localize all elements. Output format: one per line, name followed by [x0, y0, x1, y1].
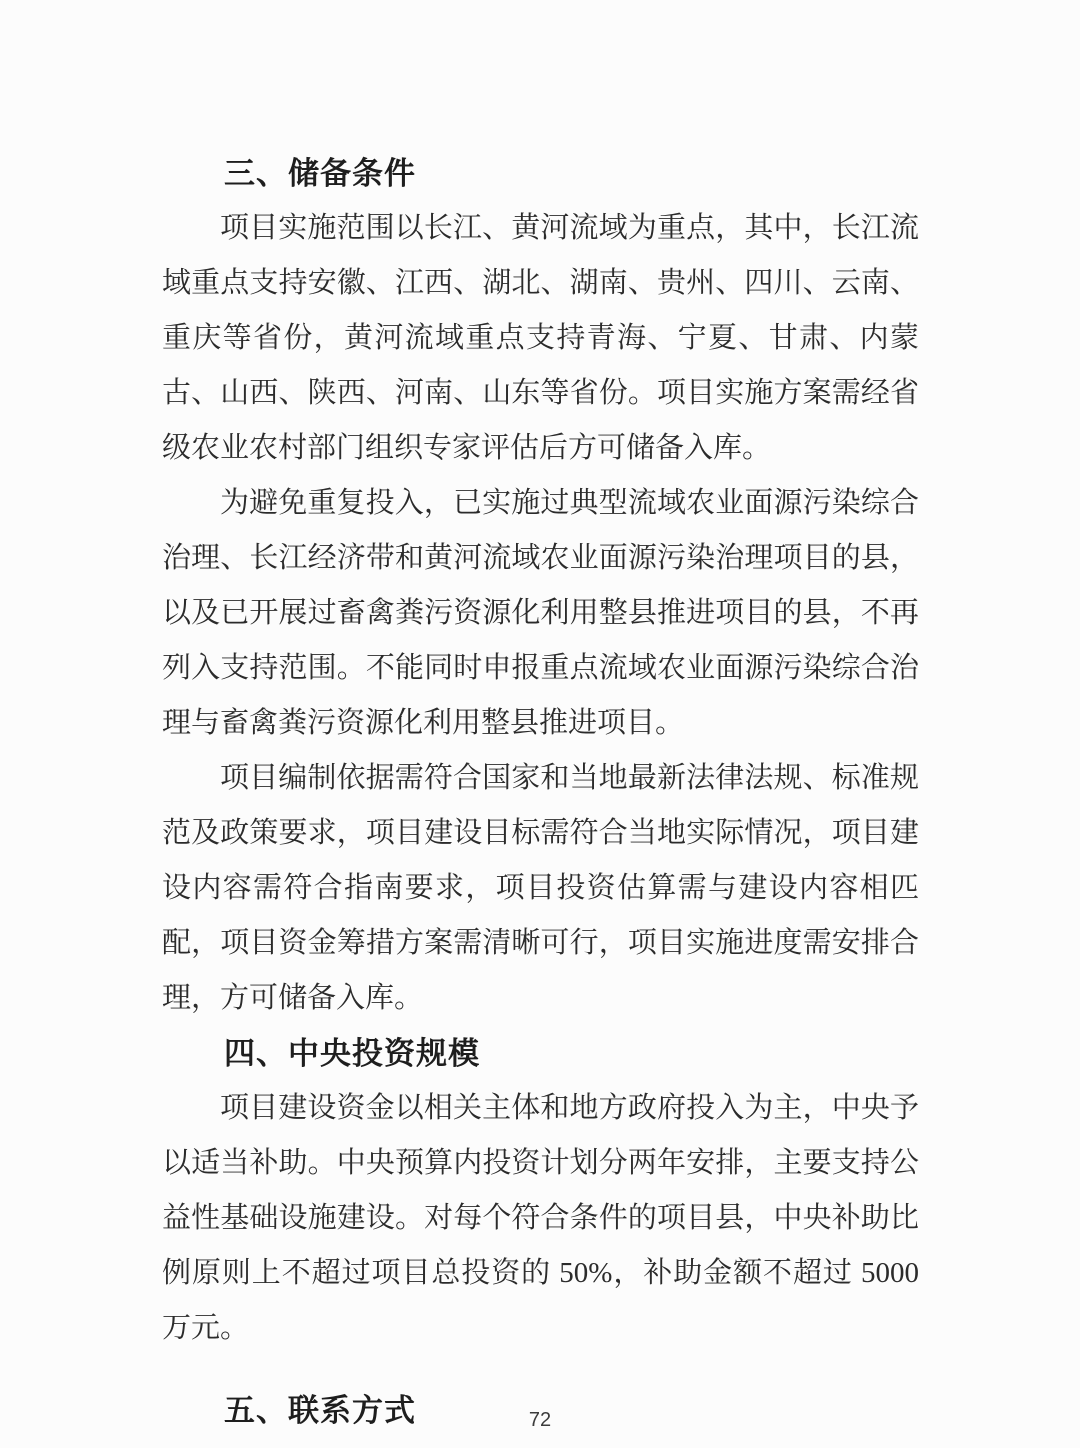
paragraph: 项目编制依据需符合国家和当地最新法律法规、标准规范及政策要求，项目建设目标需符合… [162, 751, 919, 1026]
paragraph: 为避免重复投入，已实施过典型流域农业面源污染综合治理、长江经济带和黄河流域农业面… [162, 476, 919, 751]
page-number: 72 [0, 1409, 1080, 1432]
section-heading: 四、中央投资规模 [162, 1026, 919, 1081]
document-section: 四、中央投资规模项目建设资金以相关主体和地方政府投入为主，中央予以适当补助。中央… [162, 1026, 919, 1356]
document-section: 三、储备条件项目实施范围以长江、黄河流域为重点，其中，长江流域重点支持安徽、江西… [162, 146, 919, 1026]
paragraph: 项目实施范围以长江、黄河流域为重点，其中，长江流域重点支持安徽、江西、湖北、湖南… [162, 201, 919, 476]
section-heading: 三、储备条件 [162, 146, 919, 201]
document-body: 三、储备条件项目实施范围以长江、黄河流域为重点，其中，长江流域重点支持安徽、江西… [162, 146, 919, 1438]
paragraph: 项目建设资金以相关主体和地方政府投入为主，中央予以适当补助。中央预算内投资计划分… [162, 1081, 919, 1356]
document-page: 三、储备条件项目实施范围以长江、黄河流域为重点，其中，长江流域重点支持安徽、江西… [0, 0, 1080, 1448]
